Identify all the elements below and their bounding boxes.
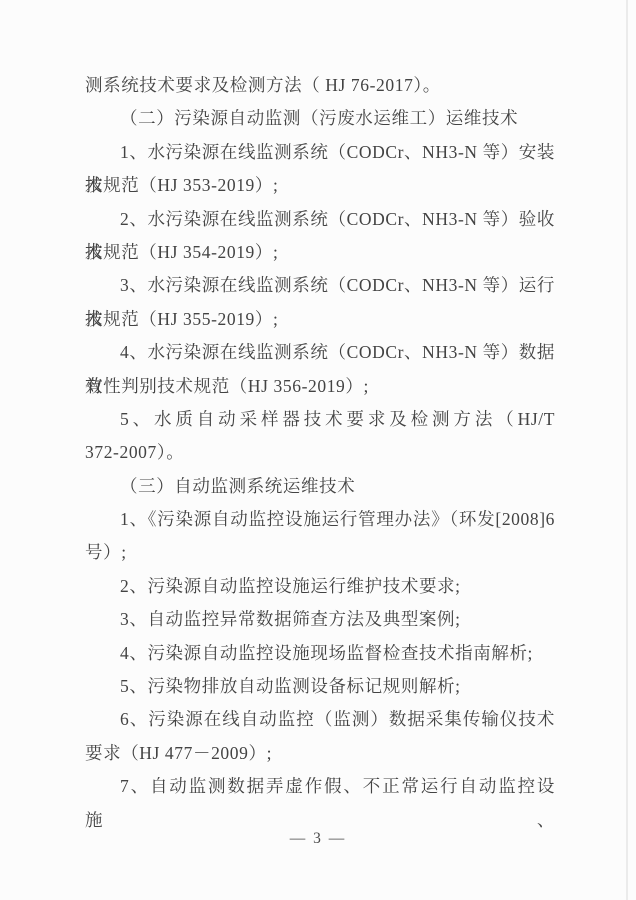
text-line: 3、水污染源在线监测系统（CODCr、NH3-N 等）运行技 bbox=[85, 269, 555, 302]
text-line: 3、自动监控异常数据筛查方法及典型案例; bbox=[85, 603, 555, 636]
text-line: 5、污染物排放自动监测设备标记规则解析; bbox=[85, 670, 555, 703]
document-body: 测系统技术要求及检测方法（ HJ 76-2017）。（二）污染源自动监测（污废水… bbox=[85, 69, 555, 804]
page-number: — 3 — bbox=[0, 824, 636, 854]
text-line: 1、《污染源自动监控设施运行管理办法》（环发[2008]6 bbox=[85, 503, 555, 536]
text-line: 5、水质自动采样器技术要求及检测方法（HJ/T bbox=[85, 403, 555, 436]
text-line: 7、自动监测数据弄虚作假、不正常运行自动监控设施、 bbox=[85, 770, 555, 803]
text-line: 术规范（HJ 355-2019）; bbox=[85, 303, 555, 336]
text-line: 1、水污染源在线监测系统（CODCr、NH3-N 等）安装技 bbox=[85, 136, 555, 169]
text-line: 6、污染源在线自动监控（监测）数据采集传输仪技术 bbox=[85, 703, 555, 736]
text-line: 372-2007）。 bbox=[85, 436, 555, 469]
text-line: 号）; bbox=[85, 536, 555, 569]
document-page: 测系统技术要求及检测方法（ HJ 76-2017）。（二）污染源自动监测（污废水… bbox=[0, 0, 636, 900]
text-line: 术规范（HJ 353-2019）; bbox=[85, 169, 555, 202]
text-line: 4、水污染源在线监测系统（CODCr、NH3-N 等）数据有 bbox=[85, 336, 555, 369]
text-line: 效性判别技术规范（HJ 356-2019）; bbox=[85, 370, 555, 403]
text-line: 2、污染源自动监控设施运行维护技术要求; bbox=[85, 570, 555, 603]
text-line: 术规范（HJ 354-2019）; bbox=[85, 236, 555, 269]
text-line: 测系统技术要求及检测方法（ HJ 76-2017）。 bbox=[85, 69, 555, 102]
text-line: 要求（HJ 477－2009）; bbox=[85, 737, 555, 770]
text-line: （三）自动监测系统运维技术 bbox=[85, 470, 555, 503]
text-line: 2、水污染源在线监测系统（CODCr、NH3-N 等）验收技 bbox=[85, 203, 555, 236]
scan-edge-artifact bbox=[626, 0, 628, 900]
text-line: 4、污染源自动监控设施现场监督检查技术指南解析; bbox=[85, 637, 555, 670]
text-line: （二）污染源自动监测（污废水运维工）运维技术 bbox=[85, 102, 555, 135]
